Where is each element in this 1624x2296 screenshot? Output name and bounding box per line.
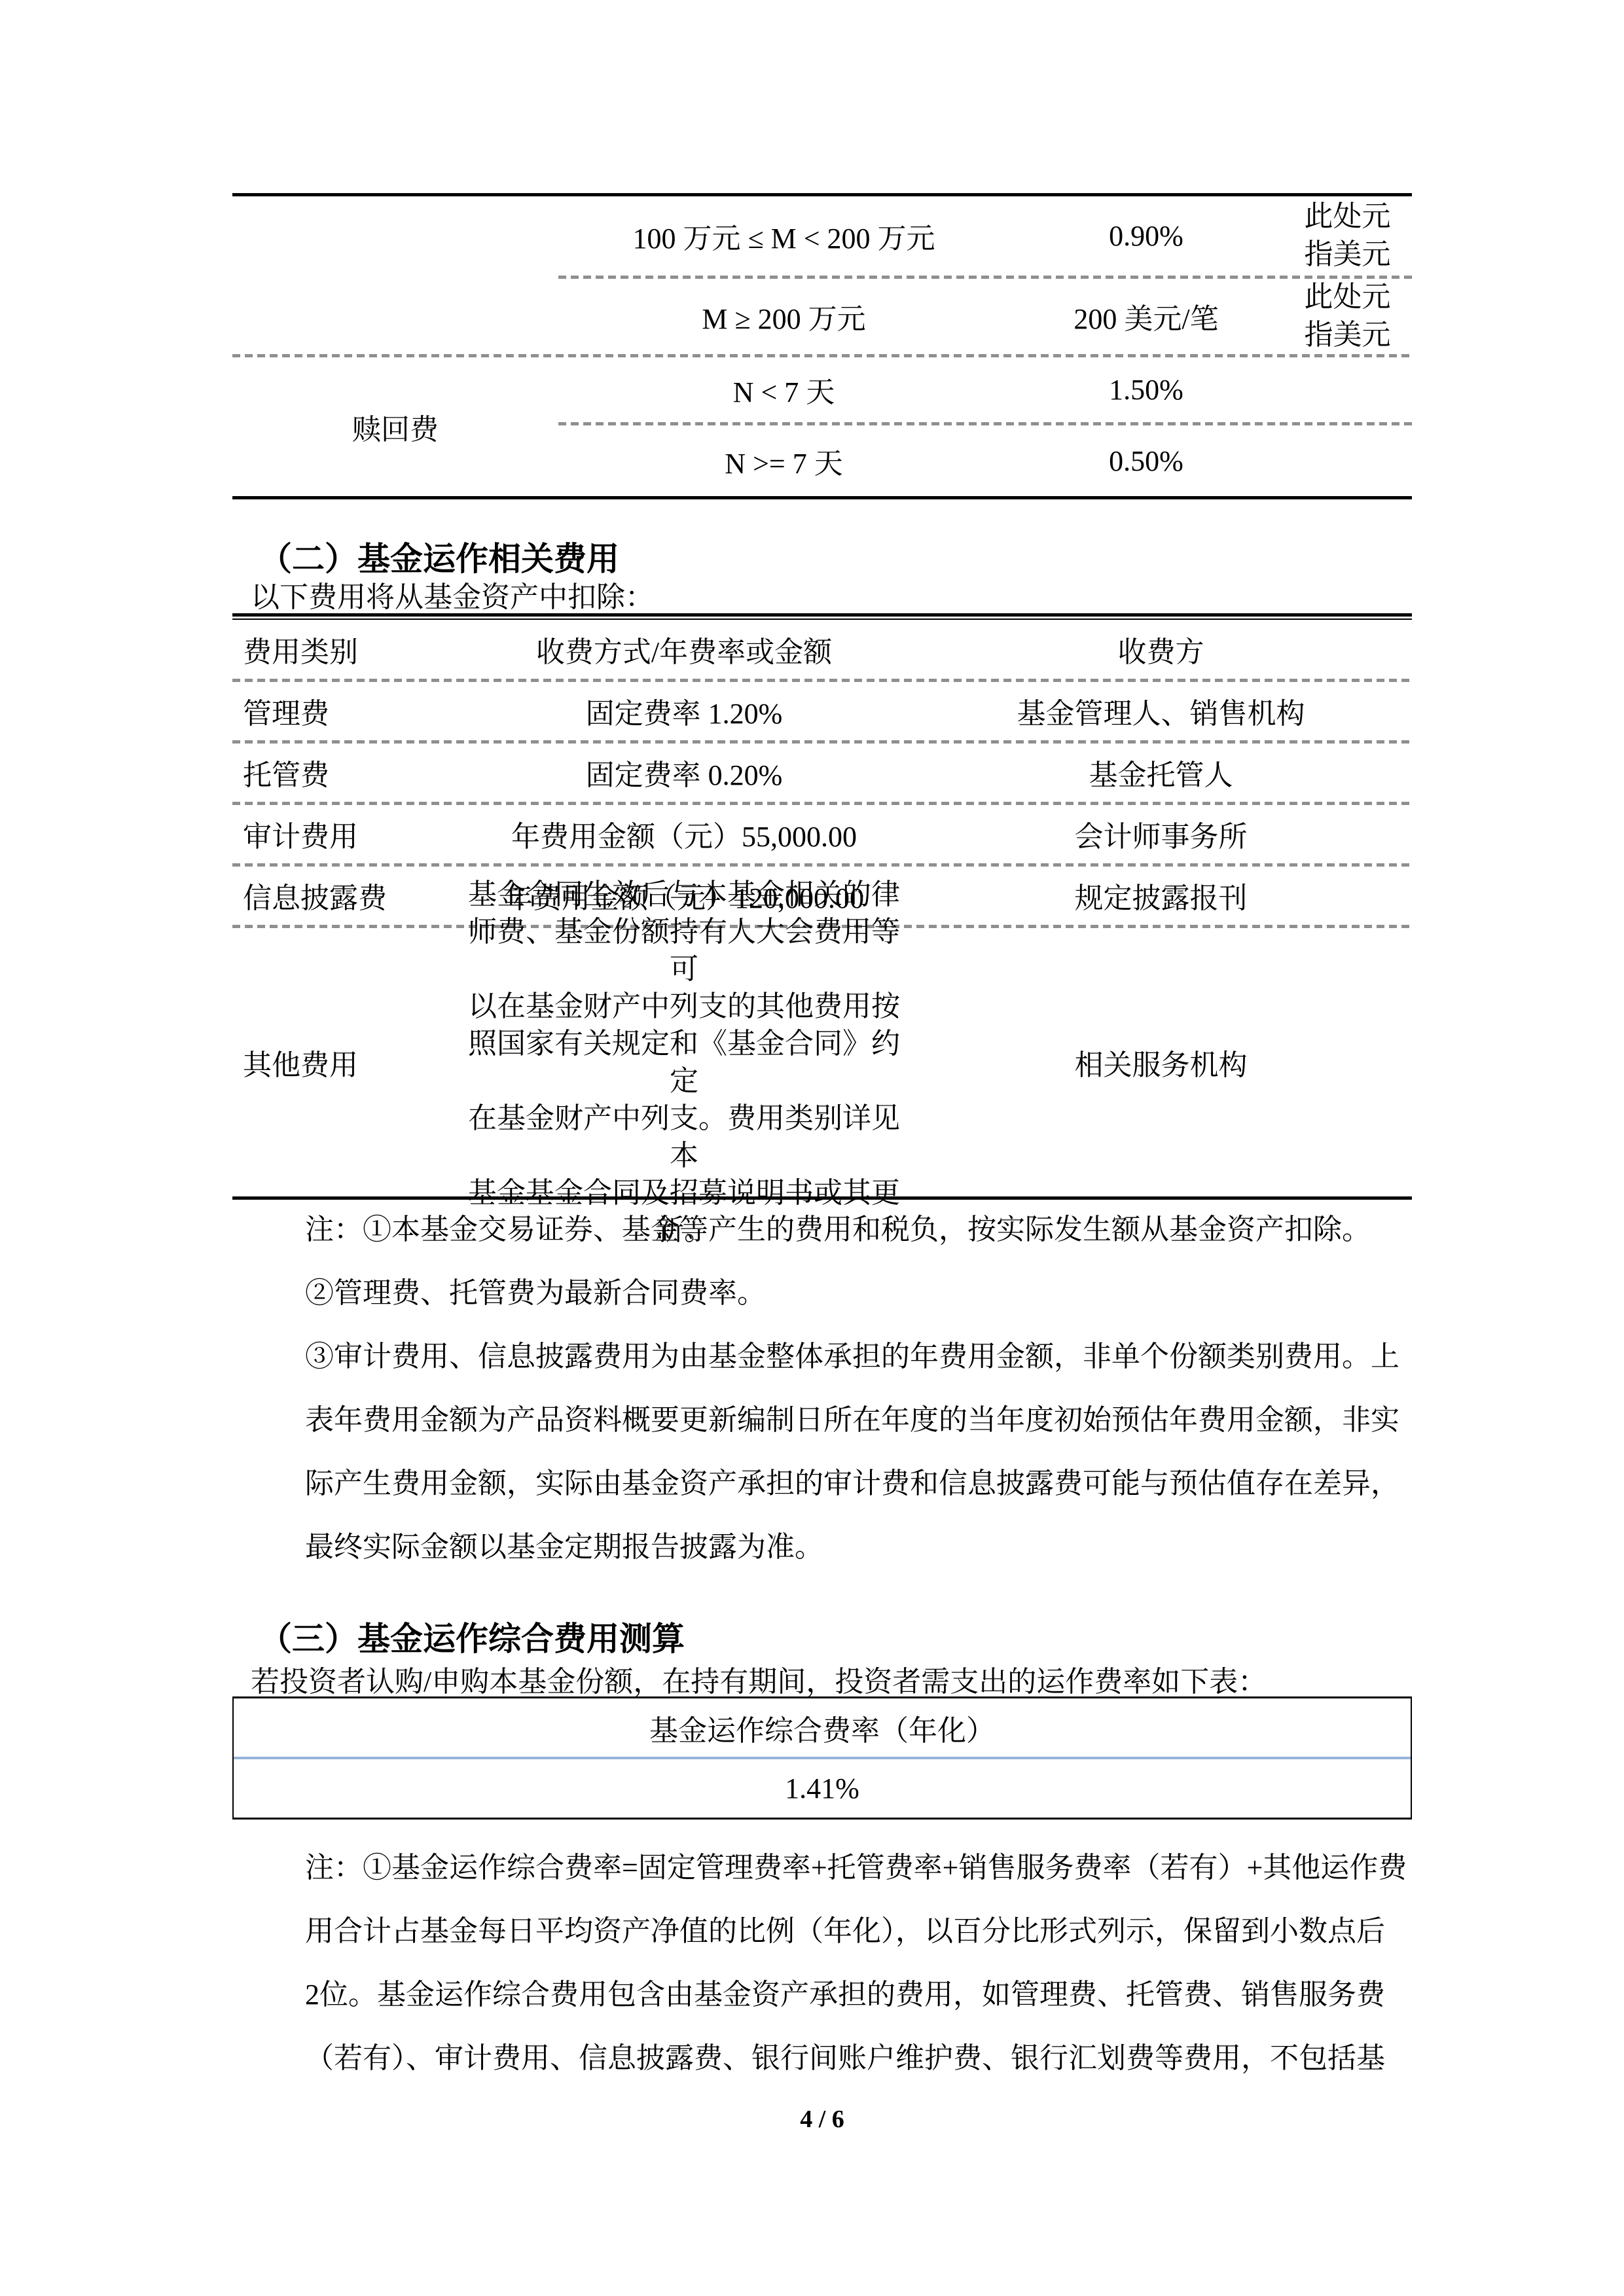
section3-intro: 若投资者认购/申购本基金份额，在持有期间，投资者需支出的运作费率如下表：	[251, 1663, 1267, 1695]
fee-collector-cell: 基金托管人	[910, 744, 1412, 801]
column-header-method: 收费方式/年费率或金额	[458, 620, 910, 678]
remark-line: 指美元	[1305, 316, 1391, 354]
remark-line: 指美元	[1305, 236, 1391, 274]
fee-category-cell: 管理费	[232, 682, 458, 740]
tier-condition-cell: N >= 7 天	[558, 425, 1009, 496]
section2-intro: 以下费用将从基金资产中扣除：	[251, 579, 654, 610]
fee-method-cell: 固定费率 1.20%	[458, 682, 910, 740]
tier-rate-cell: 200 美元/笔	[1009, 279, 1283, 353]
table-top-border	[232, 613, 1412, 620]
table-bottom-border	[232, 496, 1412, 499]
fee-method-cell: 固定费率 0.20%	[458, 744, 910, 801]
remark-line: 此处元	[1305, 278, 1391, 316]
note-line: 注：①本基金交易证券、基金等产生的费用和税负，按实际发生额从基金资产扣除。	[305, 1194, 1399, 1258]
section2-notes: 注：①本基金交易证券、基金等产生的费用和税负，按实际发生额从基金资产扣除。 ②管…	[305, 1194, 1399, 1575]
tier-condition-cell: 100 万元 ≤ M < 200 万元	[558, 196, 1009, 275]
operating-fee-table: 费用类别 收费方式/年费率或金额 收费方 管理费 固定费率 1.20% 基金管理…	[232, 613, 1412, 1200]
fee-collector-cell: 规定披露报刊	[910, 867, 1412, 924]
fee-collector-cell: 会计师事务所	[910, 805, 1412, 863]
fee-collector-cell: 基金管理人、销售机构	[910, 682, 1412, 740]
tier-condition-cell: M ≥ 200 万元	[558, 279, 1009, 353]
note-line: 用合计占基金每日平均资产净值的比例（年化），以百分比形式列示，保留到小数点后	[305, 1896, 1407, 1960]
note-line: 际产生费用金额，实际由基金资产承担的审计费和信息披露费可能与预估值存在差异，	[305, 1448, 1399, 1512]
row-separator	[232, 679, 1412, 682]
note-line: 表年费用金额为产品资料概要更新编制日所在年度的当年度初始预估年费用金额，非实	[305, 1385, 1399, 1448]
comprehensive-fee-header: 基金运作综合费率（年化）	[234, 1698, 1411, 1757]
fee-collector-cell: 相关服务机构	[910, 928, 1412, 1196]
fee-method-cell: 基金合同生效后与本基金相关的律 师费、基金份额持有人大会费用等可 以在基金财产中…	[458, 928, 910, 1196]
row-separator	[232, 863, 1412, 867]
fee-category-cell: 审计费用	[232, 805, 458, 863]
tier-remark-cell: 此处元 指美元	[1283, 279, 1412, 353]
note-line: 最终实际金额以基金定期报告披露为准。	[305, 1512, 1399, 1575]
row-separator	[558, 422, 1412, 425]
comprehensive-fee-table: 基金运作综合费率（年化） 1.41%	[232, 1696, 1412, 1820]
fee-category-cell: 信息披露费	[232, 867, 458, 924]
fee-category-cell: 托管费	[232, 744, 458, 801]
row-separator	[232, 740, 1412, 744]
remark-line: 此处元	[1305, 198, 1391, 236]
note-line: 2位。基金运作综合费用包含由基金资产承担的费用，如管理费、托管费、销售服务费	[305, 1960, 1407, 2023]
tier-fee-table: 100 万元 ≤ M < 200 万元 0.90% 此处元 指美元 M ≥ 20…	[232, 193, 1412, 499]
note-line: ③审计费用、信息披露费用为由基金整体承担的年费用金额，非单个份额类别费用。上	[305, 1321, 1399, 1385]
fee-category-cell: 其他费用	[232, 928, 458, 1196]
note-line: ②管理费、托管费为最新合同费率。	[305, 1258, 1399, 1321]
method-line: 基金合同生效后与本基金相关的律	[468, 876, 900, 913]
section3-heading: （三）基金运作综合费用测算	[259, 1615, 685, 1657]
tier-rate-cell: 0.90%	[1009, 196, 1283, 275]
document-page: 100 万元 ≤ M < 200 万元 0.90% 此处元 指美元 M ≥ 20…	[0, 0, 1624, 2296]
tier-rate-cell: 0.50%	[1009, 425, 1283, 496]
tier-rate-cell: 1.50%	[1009, 357, 1283, 422]
fee-method-cell: 年费用金额（元）55,000.00	[458, 805, 910, 863]
row-separator	[232, 354, 1412, 357]
tier-remark-cell: 此处元 指美元	[1283, 196, 1412, 275]
section2-heading: （二）基金运作相关费用	[259, 535, 619, 577]
column-header-collector: 收费方	[910, 620, 1412, 678]
note-line: （若有）、审计费用、信息披露费、银行间账户维护费、银行汇划费等费用，不包括基	[305, 2023, 1407, 2087]
method-line: 以在基金财产中列支的其他费用按	[468, 988, 900, 1025]
tier-condition-cell: N < 7 天	[558, 357, 1009, 422]
row-separator	[558, 276, 1412, 279]
note-line: 注：①基金运作综合费率=固定管理费率+托管费率+销售服务费率（若有）+其他运作费	[305, 1833, 1407, 1896]
comprehensive-fee-value: 1.41%	[234, 1759, 1411, 1818]
row-separator	[232, 802, 1412, 805]
column-header-category: 费用类别	[232, 620, 458, 678]
method-line: 在基金财产中列支。费用类别详见本	[458, 1100, 910, 1174]
fee-group-label: 赎回费	[232, 357, 558, 496]
section3-notes: 注：①基金运作综合费率=固定管理费率+托管费率+销售服务费率（若有）+其他运作费…	[305, 1833, 1407, 2087]
method-line: 师费、基金份额持有人大会费用等可	[458, 913, 910, 988]
footer-page-number: 4 / 6	[232, 2100, 1412, 2139]
method-line: 照国家有关规定和《基金合同》约定	[458, 1025, 910, 1100]
